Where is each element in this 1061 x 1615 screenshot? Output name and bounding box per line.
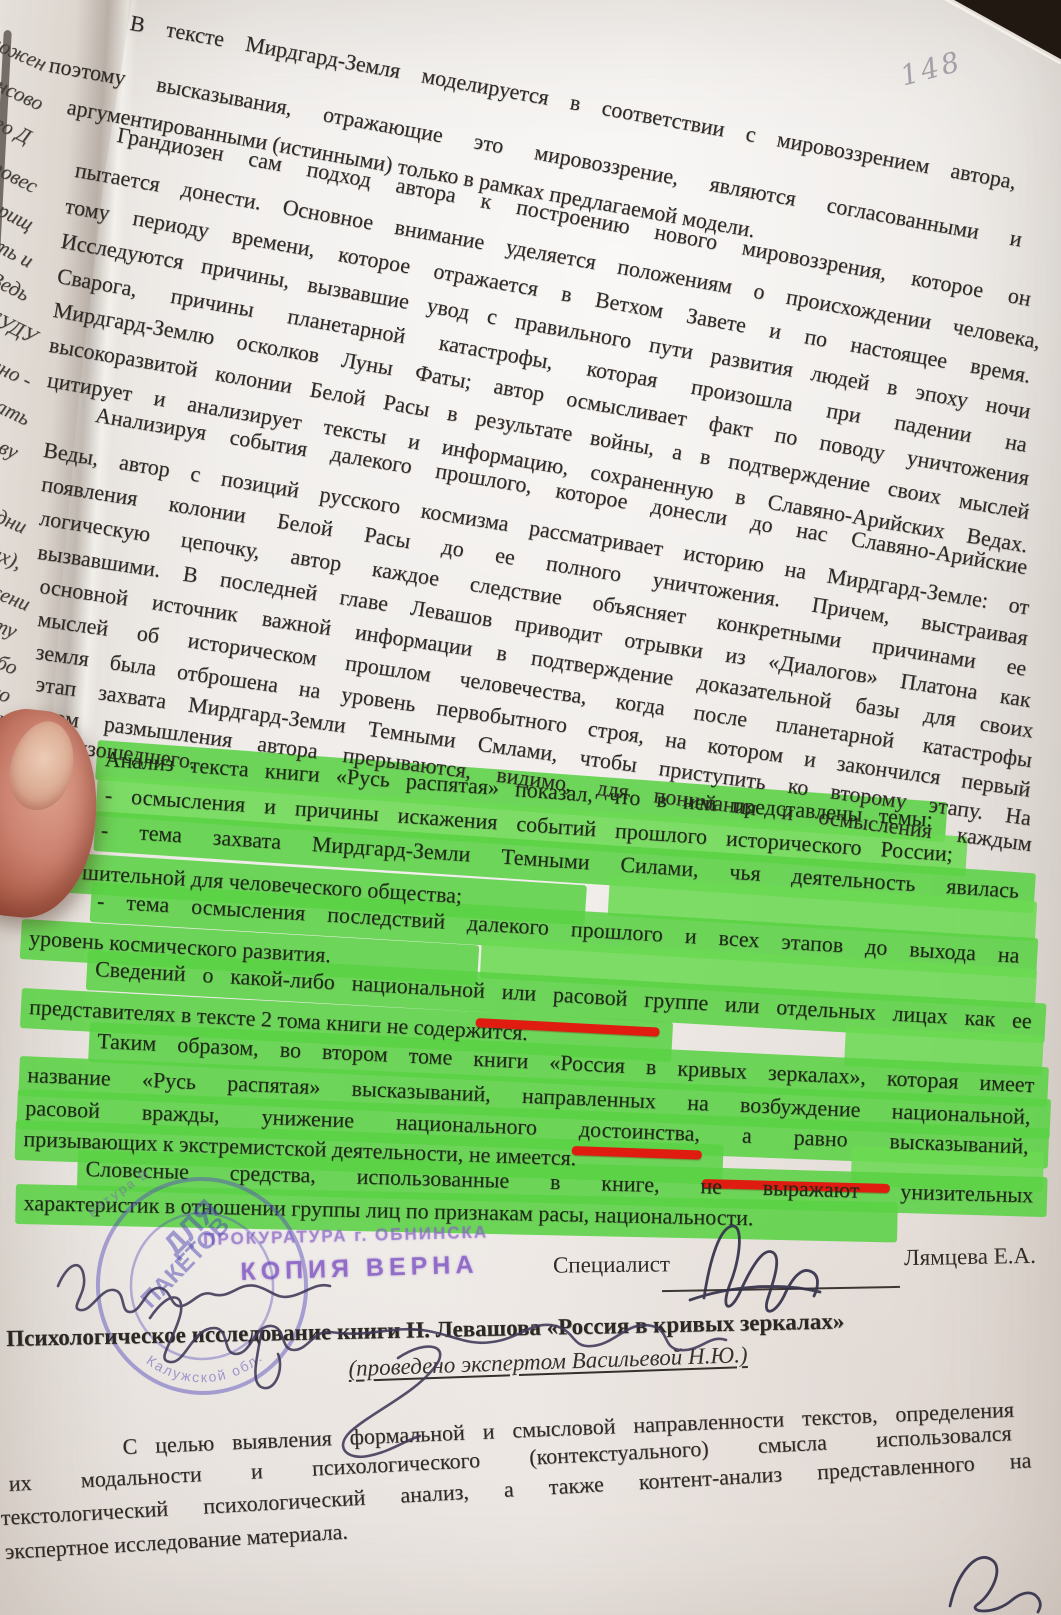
handwriting-scribble-row1 <box>58 1265 330 1312</box>
handwriting-ink-layer <box>0 0 1061 1615</box>
handwriting-flourish <box>343 1347 440 1457</box>
specialist-signature-ink <box>690 1226 820 1311</box>
handwriting-descender-loop <box>255 1330 280 1388</box>
photo-of-document-page: оложеннансовоого Дзаповесоприщать иВедьБ… <box>0 0 1061 1615</box>
handwriting-scribble-row2 <box>150 1297 726 1362</box>
bottom-signature-ink <box>950 1557 1040 1612</box>
fingernail <box>1 714 84 817</box>
